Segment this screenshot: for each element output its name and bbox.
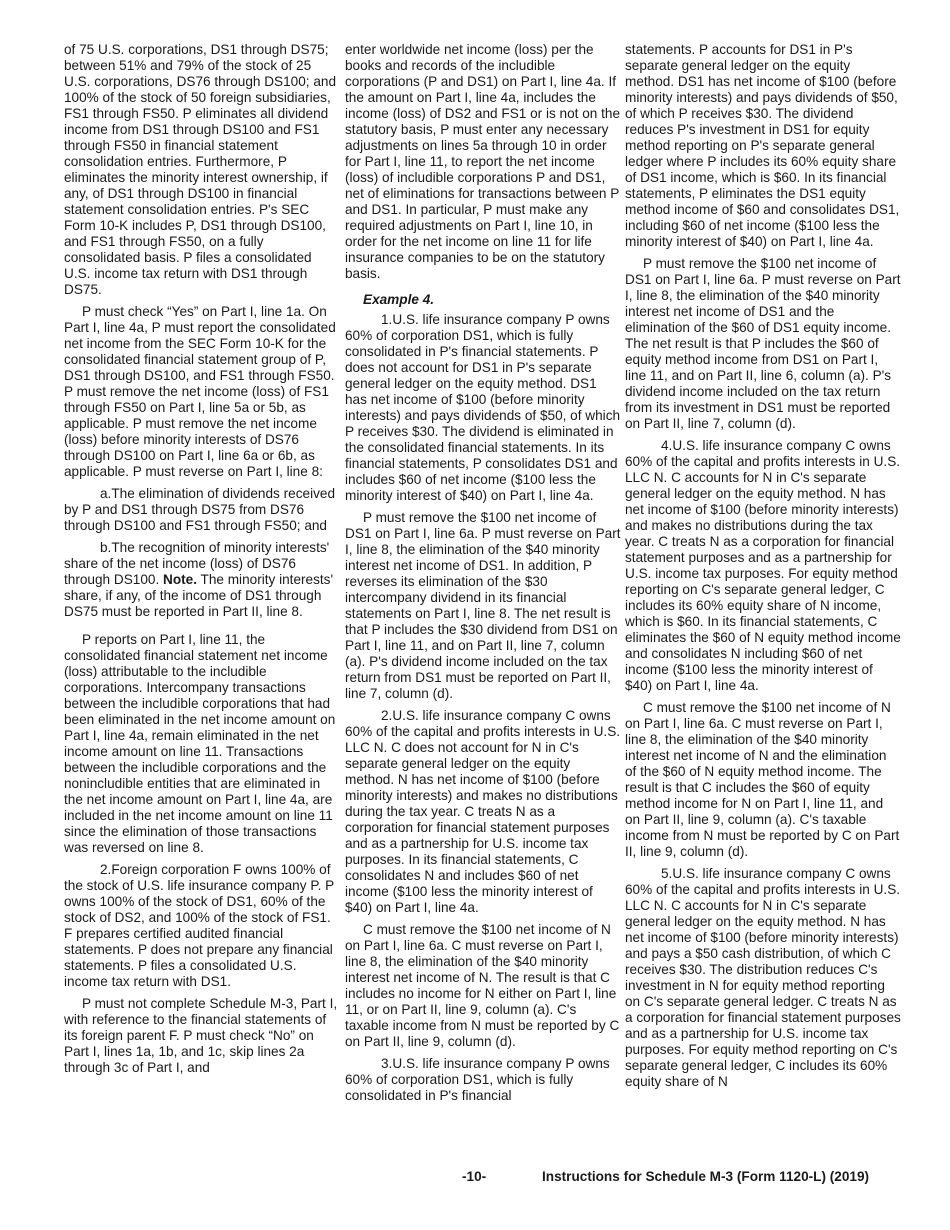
paragraph: P must remove the $100 net income of DS1… (345, 510, 621, 702)
document-title: Instructions for Schedule M-3 (Form 1120… (542, 1169, 869, 1184)
list-marker: 2. (363, 708, 392, 724)
list-item-3: 3.U.S. life insurance company P owns 60%… (345, 1056, 621, 1104)
list-item-4: 4.U.S. life insurance company C owns 60%… (625, 438, 901, 694)
paragraph: enter worldwide net income (loss) per th… (345, 42, 621, 282)
list-marker: 5. (643, 866, 672, 882)
list-item-text: U.S. life insurance company P owns 60% o… (345, 312, 620, 503)
list-marker: 3. (363, 1056, 392, 1072)
paragraph: C must remove the $100 net income of N o… (625, 700, 901, 860)
list-item-5: 5.U.S. life insurance company C owns 60%… (625, 866, 901, 1090)
text-column-2: enter worldwide net income (loss) per th… (345, 42, 621, 1110)
list-marker: a. (82, 486, 111, 502)
list-marker: 4. (643, 438, 672, 454)
paragraph: P must check “Yes” on Part I, line 1a. O… (64, 304, 340, 480)
list-item-text: U.S. life insurance company C owns 60% o… (345, 708, 620, 915)
paragraph: statements. P accounts for DS1 in P's se… (625, 42, 901, 250)
list-marker: b. (82, 540, 111, 556)
list-marker: 2. (82, 862, 111, 878)
list-item-2: 2.U.S. life insurance company C owns 60%… (345, 708, 621, 916)
note-label: Note. (163, 572, 197, 587)
list-item-text: U.S. life insurance company C owns 60% o… (625, 438, 901, 693)
list-item-a: a.The elimination of dividends received … (64, 486, 340, 534)
list-item-2: 2.Foreign corporation F owns 100% of the… (64, 862, 340, 990)
page-number: -10- (462, 1169, 486, 1184)
paragraph: of 75 U.S. corporations, DS1 through DS7… (64, 42, 340, 298)
list-item-text: Foreign corporation F owns 100% of the s… (64, 862, 334, 989)
text-column-3: statements. P accounts for DS1 in P's se… (625, 42, 901, 1096)
paragraph: C must remove the $100 net income of N o… (345, 922, 621, 1050)
list-item-1: 1.U.S. life insurance company P owns 60%… (345, 312, 621, 504)
list-item-text: U.S. life insurance company C owns 60% o… (625, 866, 901, 1089)
paragraph: P must remove the $100 net income of DS1… (625, 256, 901, 432)
paragraph: P reports on Part I, line 11, the consol… (64, 632, 340, 856)
list-marker: 1. (363, 312, 392, 328)
paragraph: P must not complete Schedule M-3, Part I… (64, 996, 340, 1076)
list-item-b: b.The recognition of minority interests'… (64, 540, 340, 620)
page-footer: -10- Instructions for Schedule M-3 (Form… (0, 1169, 950, 1189)
text-column-1: of 75 U.S. corporations, DS1 through DS7… (64, 42, 340, 1082)
example-heading: Example 4. (363, 292, 621, 308)
